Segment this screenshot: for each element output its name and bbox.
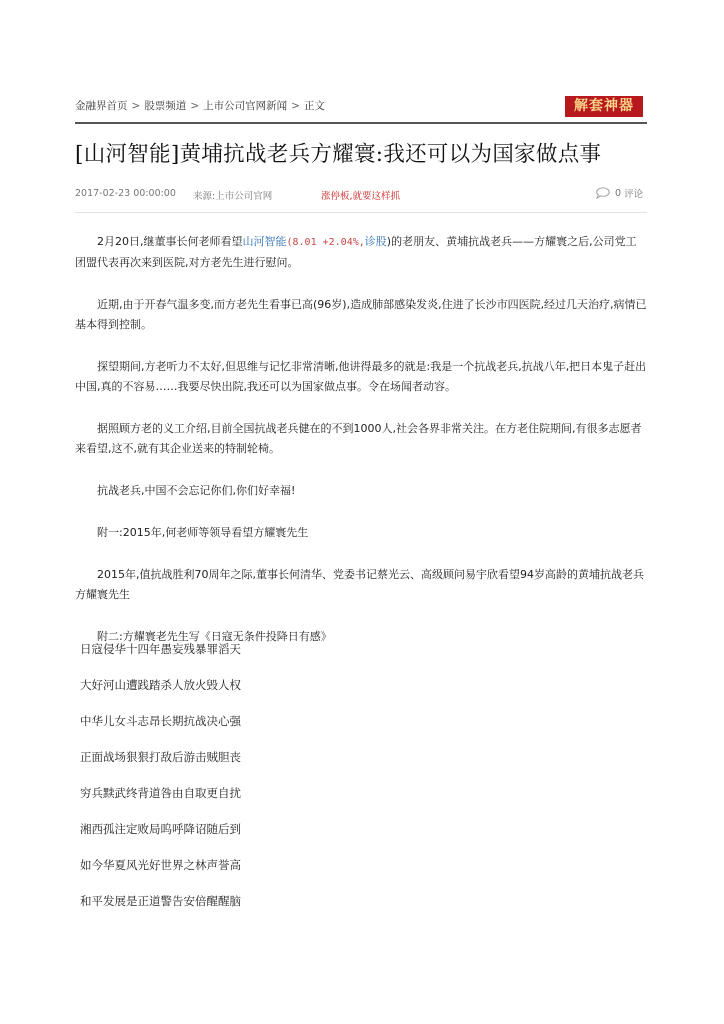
promo-badge[interactable]: 解套神器 <box>565 96 643 117</box>
poem-line: 正面战场狠狠打敌后游击贼胆丧 <box>80 749 241 785</box>
comment-label: 评论 <box>624 186 643 200</box>
breadcrumb-stock-channel[interactable]: 股票频道 <box>144 100 186 112</box>
appendix-heading: 附一:2015年,何老师等领导看望方耀寰先生 <box>75 523 647 543</box>
comment-bubble-icon <box>595 187 610 199</box>
poem-line: 穷兵黩武终背道咎由自取更自扰 <box>80 785 241 821</box>
meta-divider <box>75 212 647 213</box>
poem-line: 大好河山遭践踏杀人放火毁人权 <box>80 677 241 713</box>
breadcrumb-current: 正文 <box>304 100 325 112</box>
promo-link[interactable]: 涨停板,就要这样抓 <box>321 188 400 202</box>
header-divider <box>75 122 647 124</box>
poem-line: 湘西孤注定败局呜呼降诏随后到 <box>80 821 241 857</box>
stock-quote: (8.01 +2.04%, <box>287 237 365 248</box>
publish-date: 2017-02-23 00:00:00 <box>75 188 176 199</box>
paragraph: 探望期间,方老听力不太好,但思维与记忆非常清晰,他讲得最多的就是:我是一个抗战老… <box>75 357 647 397</box>
breadcrumb-separator: > <box>132 100 141 112</box>
article-title: [山河智能]黄埔抗战老兵方耀寰:我还可以为国家做点事 <box>75 137 601 168</box>
poem: 日寇侵华十四年愚妄残暴罪滔天 大好河山遭践踏杀人放火毁人权 中华儿女斗志昂长期抗… <box>80 641 241 929</box>
paragraph: 2月20日,继董事长何老师看望山河智能(8.01 +2.04%,诊股)的老朋友、… <box>75 232 647 273</box>
paragraph: 近期,由于开春气温多变,而方老先生看事已高(96岁),造成肺部感染发炎,住进了长… <box>75 295 647 335</box>
diagnose-stock-link[interactable]: 诊股 <box>365 235 387 248</box>
comment-count: 0 <box>615 188 621 199</box>
article-source: 来源:上市公司官网 <box>193 188 272 202</box>
paragraph: 2015年,值抗战胜利70周年之际,董事长何清华、党委书记蔡光云、高级顾问易宇欣… <box>75 565 647 605</box>
paragraph: 抗战老兵,中国不会忘记你们,你们好幸福! <box>75 481 647 501</box>
poem-line: 和平发展是正道警告安倍醒醒脑 <box>80 893 241 929</box>
breadcrumb-company-news[interactable]: 上市公司官网新闻 <box>203 100 287 112</box>
breadcrumb-separator: > <box>291 100 300 112</box>
stock-link[interactable]: 山河智能 <box>243 235 287 248</box>
breadcrumb-home[interactable]: 金融界首页 <box>75 100 128 112</box>
poem-line: 中华儿女斗志昂长期抗战决心强 <box>80 713 241 749</box>
breadcrumb-separator: > <box>190 100 199 112</box>
poem-line: 如今华夏风光好世界之林声誉高 <box>80 857 241 893</box>
poem-line: 日寇侵华十四年愚妄残暴罪滔天 <box>80 641 241 677</box>
comments-link[interactable]: 0 评论 <box>595 186 643 200</box>
paragraph: 据照顾方老的义工介绍,目前全国抗战老兵健在的不到1000人,社会各界非常关注。在… <box>75 419 647 459</box>
breadcrumb: 金融界首页>股票频道>上市公司官网新闻>正文 <box>75 98 325 113</box>
article-body: 2月20日,继董事长何老师看望山河智能(8.01 +2.04%,诊股)的老朋友、… <box>75 232 647 669</box>
